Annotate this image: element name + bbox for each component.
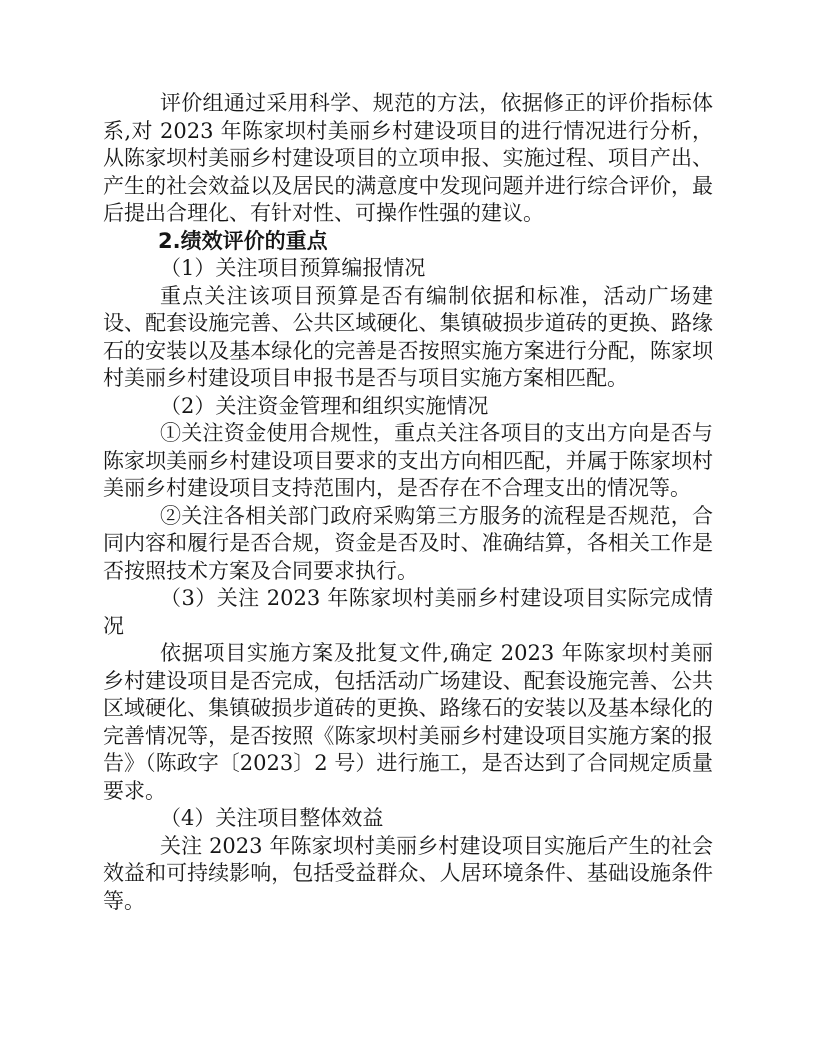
subheading-budget-reporting: （1）关注项目预算编报情况	[103, 255, 713, 283]
subheading-overall-benefit: （4）关注项目整体效益	[103, 805, 713, 833]
paragraph-overall-benefit-detail: 关注 2023 年陈家坝村美丽乡村建设项目实施后产生的社会效益和可持续影响，包括…	[103, 833, 713, 916]
paragraph-procurement-compliance-item2: ②关注各相关部门政府采购第三方服务的流程是否规范，合同内容和履行是否合规，资金是…	[103, 503, 713, 586]
document-page: 评价组通过采用科学、规范的方法，依据修正的评价指标体系,对 2023 年陈家坝村…	[0, 0, 816, 1056]
paragraph-fund-compliance-item1: ①关注资金使用合规性，重点关注各项目的支出方向是否与陈家坝美丽乡村建设项目要求的…	[103, 420, 713, 503]
paragraph-budget-reporting-detail: 重点关注该项目预算是否有编制依据和标准，活动广场建设、配套设施完善、公共区域硬化…	[103, 283, 713, 393]
paragraph-evaluation-method-summary: 评价组通过采用科学、规范的方法，依据修正的评价指标体系,对 2023 年陈家坝村…	[103, 90, 713, 228]
paragraph-completion-detail: 依据项目实施方案及批复文件,确定 2023 年陈家坝村美丽乡村建设项目是否完成，…	[103, 640, 713, 805]
subheading-fund-management: （2）关注资金管理和组织实施情况	[103, 393, 713, 421]
subheading-actual-completion: （3）关注 2023 年陈家坝村美丽乡村建设项目实际完成情况	[103, 585, 713, 640]
heading-performance-evaluation-focus: 2.绩效评价的重点	[103, 228, 713, 256]
